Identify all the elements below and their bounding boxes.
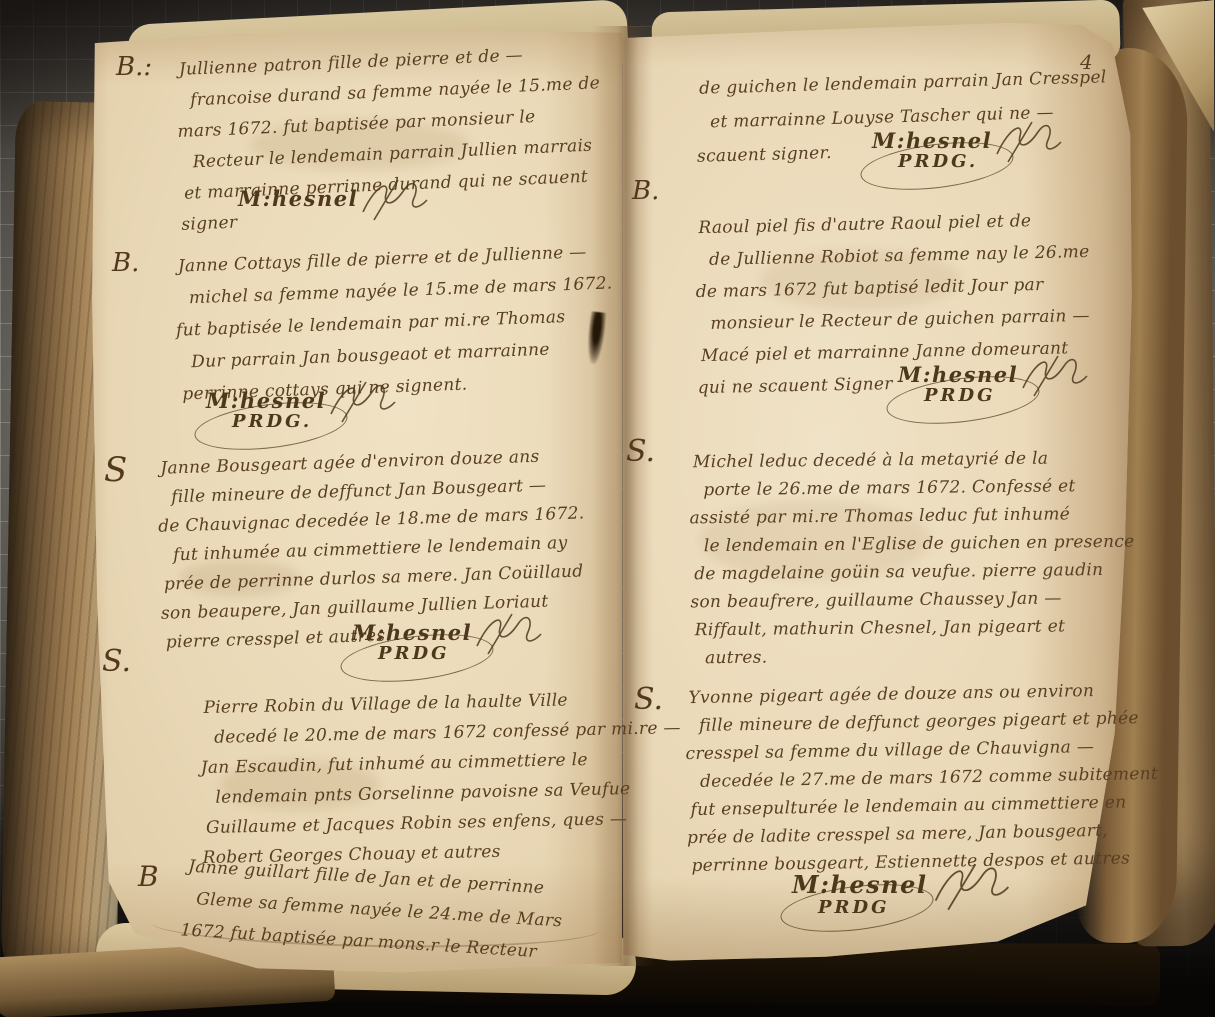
priest-signature: M:hesnel PRDG. [206,388,326,432]
signature-flourish-icon [994,120,1064,164]
priest-signature: M:hesnel PRDG [898,362,1018,406]
margin-letter-burial: S. [626,434,655,469]
margin-letter-baptism: B.: [116,52,152,82]
signature-flourish-icon [360,178,430,222]
manuscript-photo: 4 B.: Jullienne patron fille de pierre e… [0,0,1215,1017]
margin-letter-baptism: B. [112,248,139,278]
priest-signature: M:hesnel [238,186,358,211]
priest-signature: M:hesnel PRDG [792,870,928,918]
register-entry: Yvonne pigeart agée de douze ans ou envi… [688,676,1159,880]
manuscript-line: autres. [705,640,1136,673]
priest-signature: M:hesnel PRDG. [872,128,992,172]
signature-flourish-icon [474,612,544,656]
margin-letter-burial: S. [634,682,663,717]
register-entry: Michel leduc decedé à la metayrié de lap… [693,444,1136,673]
margin-letter-baptism: B [138,860,159,893]
margin-letter-burial: S. [102,644,131,679]
manuscript-line: de magdelaine goüin sa veufue. pierre ga… [694,556,1135,589]
margin-letter-burial: S [104,450,127,490]
margin-letter-baptism: B. [632,176,659,206]
register-entry: Pierre Robin du Village de la haulte Vil… [203,683,683,873]
signature-flourish-icon [1020,354,1090,398]
manuscript-line: le lendemain en l'Eglise de guichen en p… [704,528,1135,561]
manuscript-line: porte le 26.me de mars 1672. Confessé et [703,472,1134,505]
signature-flourish-icon [328,380,398,424]
signature-flourish-icon [930,862,1014,912]
signature-text: M:hesnel [238,186,358,211]
priest-signature: M:hesnel PRDG [352,620,472,664]
